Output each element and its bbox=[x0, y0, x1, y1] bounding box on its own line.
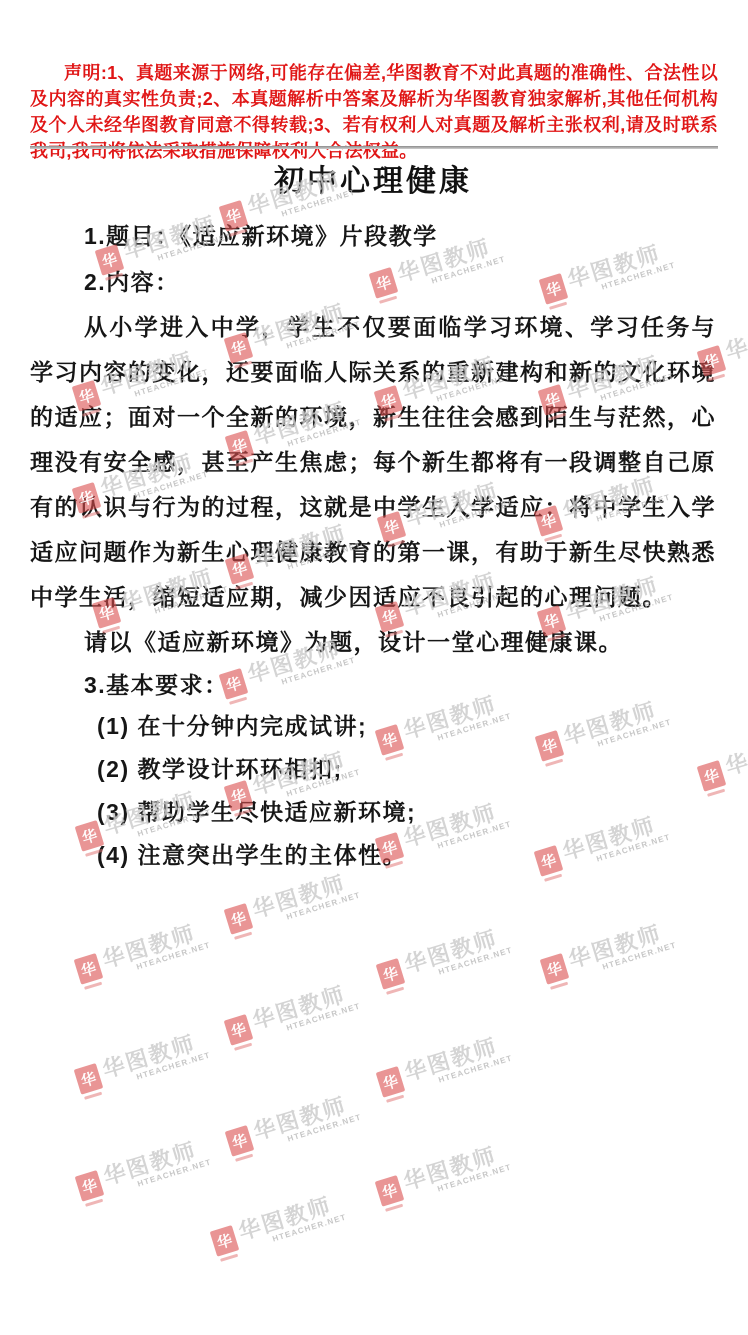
watermark-brand-text: 华图教师 bbox=[234, 1186, 345, 1247]
watermark-domain-text: HTEACHER.NET bbox=[285, 890, 361, 921]
watermark: 华华图教师HTEACHER.NET bbox=[540, 920, 678, 988]
huatu-seal-icon: 华 bbox=[375, 1175, 405, 1207]
huatu-seal-icon: 华 bbox=[376, 958, 406, 990]
watermark-domain-text: HTEACHER.NET bbox=[135, 940, 211, 971]
watermark-brand-text: 华图教师 bbox=[400, 1027, 511, 1088]
watermark-brand-text: 华图教师 bbox=[399, 1136, 510, 1197]
watermark: 华华图教师HTEACHER.NET bbox=[74, 920, 212, 988]
watermark-brand-text: 华图教师 bbox=[400, 919, 511, 980]
requirements-label-line: 3.基本要求： bbox=[30, 665, 716, 705]
watermark-domain-text: HTEACHER.NET bbox=[271, 1212, 347, 1243]
watermark-brand-text: 华图教师 bbox=[564, 914, 675, 975]
watermark: 华华图教师HTEACHER.NET bbox=[210, 1192, 348, 1260]
huatu-seal-icon: 华 bbox=[225, 1125, 255, 1157]
watermark: 华华图教师HTEACHER.NET bbox=[225, 1092, 363, 1160]
page: { "page": { "width": 748, "height": 1335… bbox=[0, 0, 748, 1335]
requirement-item: (1) 在十分钟内完成试讲; bbox=[30, 705, 716, 748]
watermark-brand-text: 华图教师 bbox=[721, 306, 748, 367]
watermark-domain-text: HTEACHER.NET bbox=[286, 1112, 362, 1143]
huatu-seal-icon: 华 bbox=[74, 953, 104, 985]
watermark-domain-text: HTEACHER.NET bbox=[436, 1162, 512, 1193]
huatu-seal-icon: 华 bbox=[540, 953, 570, 985]
page-title: 初中心理健康 bbox=[30, 164, 716, 200]
watermark-domain-text: HTEACHER.NET bbox=[136, 1157, 212, 1188]
watermark-brand-text: 华图教师 bbox=[249, 1086, 360, 1147]
watermark: 华华图教师HTEACHER.NET bbox=[75, 1137, 213, 1205]
watermark-domain-text: HTEACHER.NET bbox=[601, 940, 677, 971]
huatu-seal-icon: 华 bbox=[74, 1063, 104, 1095]
huatu-seal-icon: 华 bbox=[224, 903, 254, 935]
watermark-brand-text: 华图教师 bbox=[98, 914, 209, 975]
question-title-line: 1.题目：《适应新环境》片段教学 bbox=[30, 213, 716, 259]
huatu-seal-icon: 华 bbox=[376, 1066, 406, 1098]
document-body: 初中心理健康 1.题目：《适应新环境》片段教学 2.内容： 从小学进入中学，学生… bbox=[30, 164, 716, 877]
prompt-line: 请以《适应新环境》为题，设计一堂心理健康课。 bbox=[30, 620, 716, 665]
watermark-domain-text: HTEACHER.NET bbox=[285, 1001, 361, 1032]
watermark-brand-text: 华图教师 bbox=[721, 721, 748, 782]
watermark-brand-text: 华图教师 bbox=[248, 975, 359, 1036]
content-label-line: 2.内容： bbox=[30, 259, 716, 305]
watermark-domain-text: HTEACHER.NET bbox=[437, 1053, 513, 1084]
huatu-seal-icon: 华 bbox=[224, 1014, 254, 1046]
watermark: 华华图教师HTEACHER.NET bbox=[224, 981, 362, 1049]
requirement-item: (3) 帮助学生尽快适应新环境; bbox=[30, 791, 716, 834]
watermark-domain-text: HTEACHER.NET bbox=[437, 945, 513, 976]
watermark-domain-text: HTEACHER.NET bbox=[135, 1050, 211, 1081]
watermark-brand-text: 华图教师 bbox=[98, 1024, 209, 1085]
disclaimer-label: 声明: bbox=[64, 63, 107, 83]
watermark: 华华图教师HTEACHER.NET bbox=[74, 1030, 212, 1098]
watermark: 华华图教师HTEACHER.NET bbox=[376, 925, 514, 993]
watermark: 华华图教师HTEACHER.NET bbox=[224, 870, 362, 938]
huatu-seal-icon: 华 bbox=[75, 1170, 105, 1202]
huatu-seal-icon: 华 bbox=[210, 1225, 240, 1257]
watermark: 华华图教师HTEACHER.NET bbox=[375, 1142, 513, 1210]
requirement-item: (2) 教学设计环环相扣; bbox=[30, 748, 716, 791]
section-divider bbox=[30, 146, 718, 149]
watermark-brand-text: 华图教师 bbox=[99, 1131, 210, 1192]
requirement-item: (4) 注意突出学生的主体性。 bbox=[30, 834, 716, 877]
watermark: 华华图教师HTEACHER.NET bbox=[376, 1033, 514, 1101]
content-paragraph: 从小学进入中学，学生不仅要面临学习环境、学习任务与学习内容的变化，还要面临人际关… bbox=[30, 305, 716, 620]
